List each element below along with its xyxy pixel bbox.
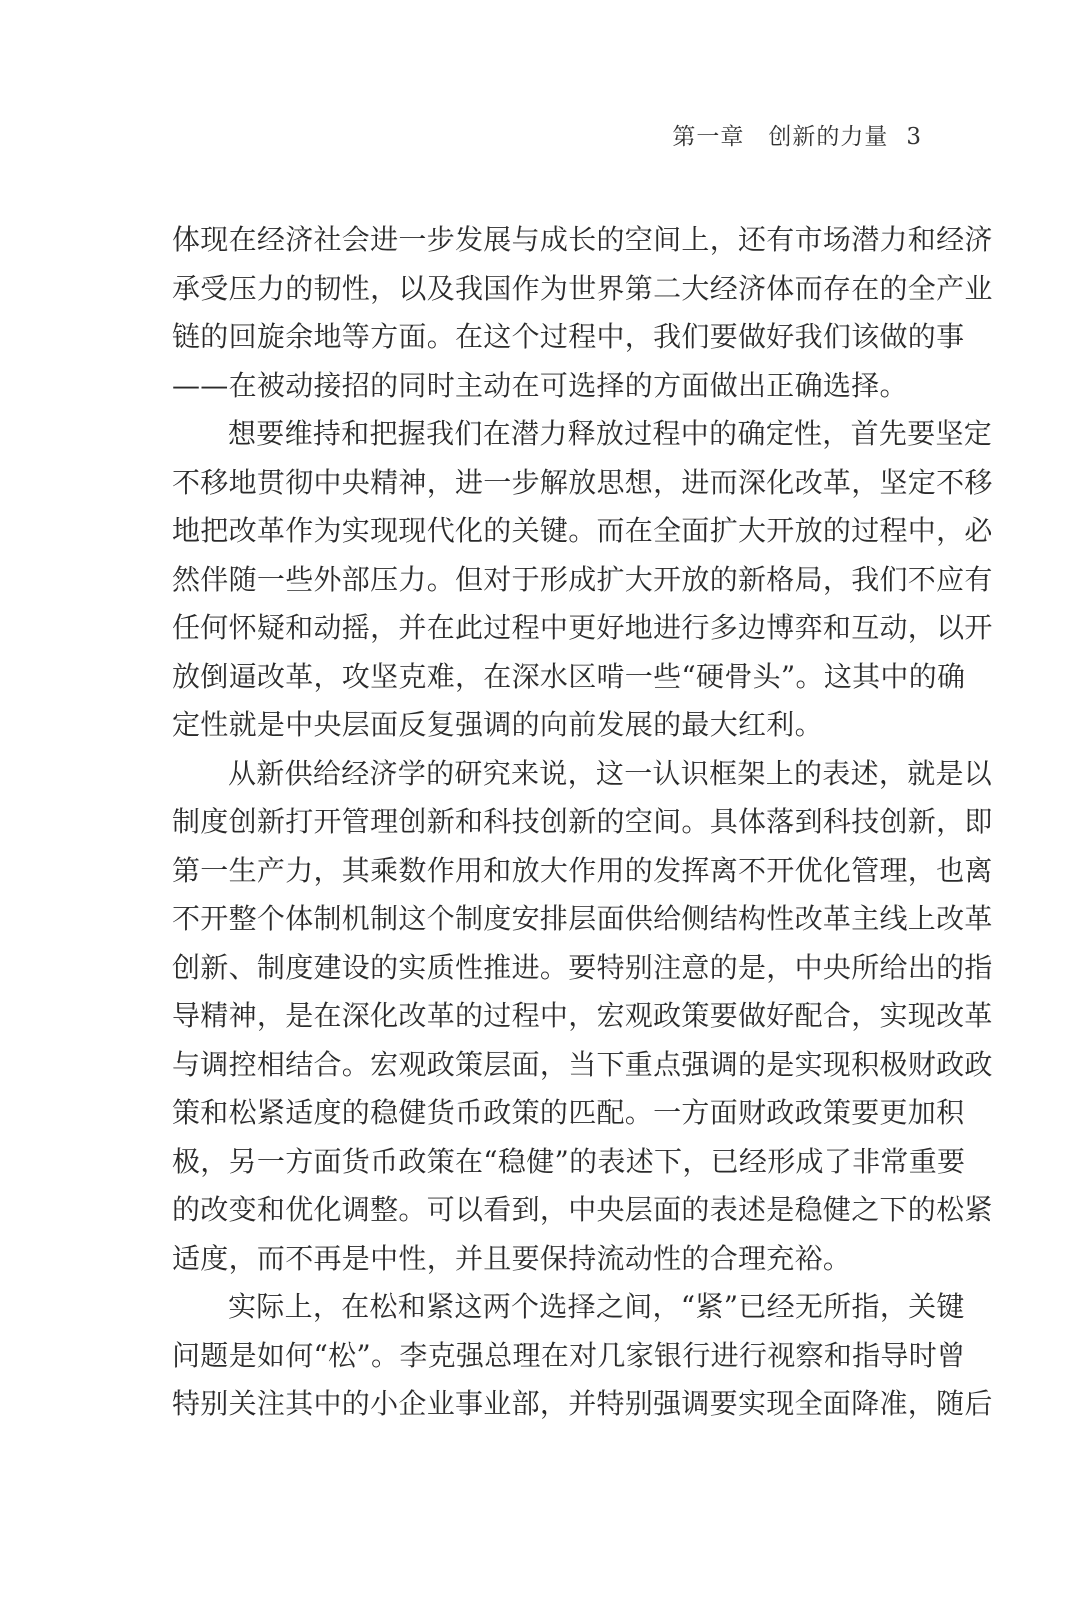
- text-line: 特别关注其中的小企业事业部，并特别强调要实现全面降准，随后: [172, 1380, 924, 1429]
- text-line: 不开整个体制机制这个制度安排层面供给侧结构性改革主线上改革: [172, 895, 924, 944]
- chapter-title: 创新的力量: [768, 124, 888, 150]
- paragraph: 从新供给经济学的研究来说，这一认识框架上的表述，就是以 制度创新打开管理创新和科…: [172, 750, 924, 1284]
- text-line: 创新、制度建设的实质性推进。要特别注意的是，中央所给出的指: [172, 944, 924, 993]
- paragraph: 想要维持和把握我们在潜力释放过程中的确定性，首先要坚定 不移地贯彻中央精神，进一…: [172, 410, 924, 750]
- text-line: 第一生产力，其乘数作用和放大作用的发挥离不开优化管理，也离: [172, 847, 924, 896]
- text-line: 制度创新打开管理创新和科技创新的空间。具体落到科技创新，即: [172, 798, 924, 847]
- text-line: 地把改革作为实现现代化的关键。而在全面扩大开放的过程中，必: [172, 507, 924, 556]
- text-line: 适度，而不再是中性，并且要保持流动性的合理充裕。: [172, 1235, 924, 1284]
- text-line: 从新供给经济学的研究来说，这一认识框架上的表述，就是以: [172, 750, 924, 799]
- page-number: 3: [906, 124, 922, 150]
- paragraph: 体现在经济社会进一步发展与成长的空间上，还有市场潜力和经济 承受压力的韧性，以及…: [172, 216, 924, 410]
- text-line: 不移地贯彻中央精神，进一步解放思想，进而深化改革，坚定不移: [172, 459, 924, 508]
- body-text: 体现在经济社会进一步发展与成长的空间上，还有市场潜力和经济 承受压力的韧性，以及…: [172, 216, 924, 1429]
- text-line: 想要维持和把握我们在潜力释放过程中的确定性，首先要坚定: [172, 410, 924, 459]
- text-line: 体现在经济社会进一步发展与成长的空间上，还有市场潜力和经济: [172, 216, 924, 265]
- paragraph: 实际上，在松和紧这两个选择之间，“紧”已经无所指，关键 问题是如何“松”。李克强…: [172, 1283, 924, 1429]
- text-line: 定性就是中央层面反复强调的向前发展的最大红利。: [172, 701, 924, 750]
- text-line: 然伴随一些外部压力。但对于形成扩大开放的新格局，我们不应有: [172, 556, 924, 605]
- running-head: 第一章 创新的力量3: [672, 118, 922, 151]
- text-line: 链的回旋余地等方面。在这个过程中，我们要做好我们该做的事: [172, 313, 924, 362]
- text-line: 的改变和优化调整。可以看到，中央层面的表述是稳健之下的松紧: [172, 1186, 924, 1235]
- text-line: ——在被动接招的同时主动在可选择的方面做出正确选择。: [172, 362, 924, 411]
- chapter-label: 第一章: [672, 124, 744, 150]
- text-line: 放倒逼改革，攻坚克难，在深水区啃一些“硬骨头”。这其中的确: [172, 653, 924, 702]
- text-line: 策和松紧适度的稳健货币政策的匹配。一方面财政政策要更加积: [172, 1089, 924, 1138]
- text-line: 极，另一方面货币政策在“稳健”的表述下，已经形成了非常重要: [172, 1138, 924, 1187]
- text-line: 与调控相结合。宏观政策层面，当下重点强调的是实现积极财政政: [172, 1041, 924, 1090]
- text-line: 导精神，是在深化改革的过程中，宏观政策要做好配合，实现改革: [172, 992, 924, 1041]
- text-line: 任何怀疑和动摇，并在此过程中更好地进行多边博弈和互动，以开: [172, 604, 924, 653]
- text-line: 问题是如何“松”。李克强总理在对几家银行进行视察和指导时曾: [172, 1332, 924, 1381]
- text-line: 承受压力的韧性，以及我国作为世界第二大经济体而存在的全产业: [172, 265, 924, 314]
- text-line: 实际上，在松和紧这两个选择之间，“紧”已经无所指，关键: [172, 1283, 924, 1332]
